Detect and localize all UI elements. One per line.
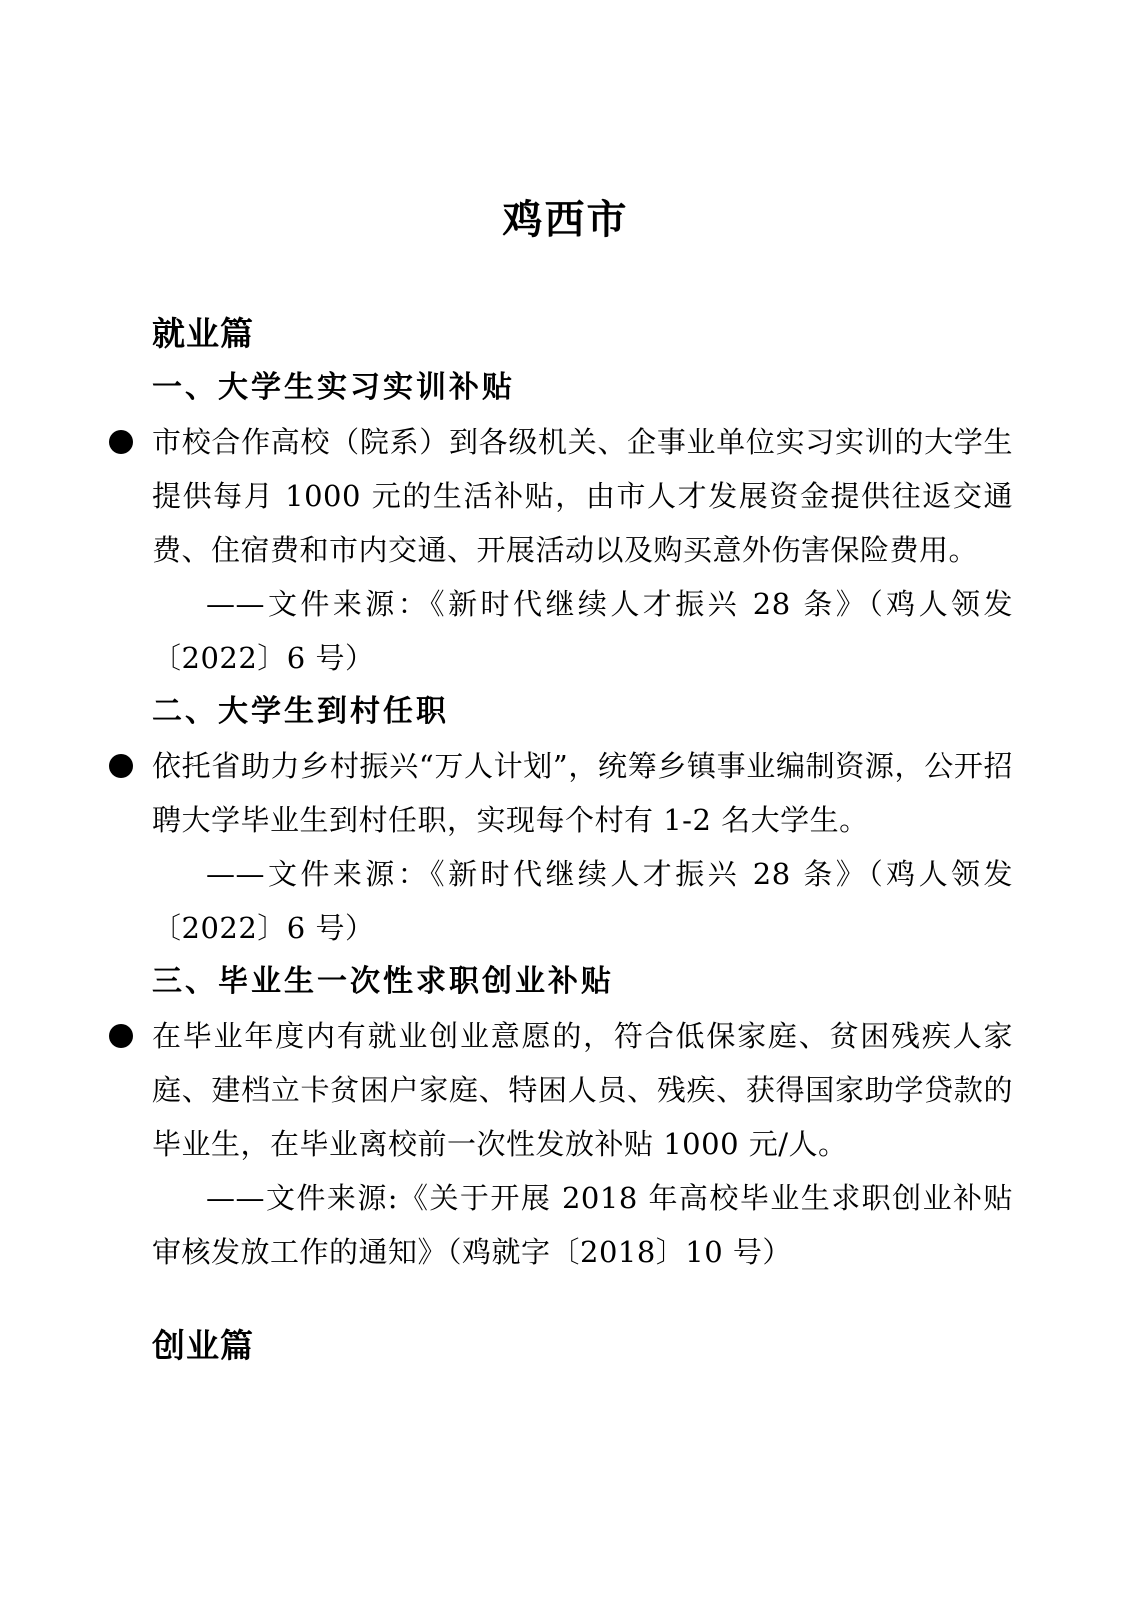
bullet-icon xyxy=(109,754,133,778)
section-heading-employment: 就业篇 xyxy=(152,307,1013,361)
item-1-heading: 一、大学生实习实训补贴 xyxy=(152,361,1013,415)
item-2-body: 依托省助力乡村振兴“万人计划”，统筹乡镇事业编制资源，公开招聘大学毕业生到村任职… xyxy=(152,739,1013,847)
item-3-bullet-paragraph: 在毕业年度内有就业创业意愿的，符合低保家庭、贫困残疾人家庭、建档立卡贫困户家庭、… xyxy=(152,1009,1013,1171)
page-title: 鸡西市 xyxy=(0,193,1131,247)
item-2-bullet-paragraph: 依托省助力乡村振兴“万人计划”，统筹乡镇事业编制资源，公开招聘大学毕业生到村任职… xyxy=(152,739,1013,847)
item-1-source: ——文件来源：《新时代继续人才振兴 28 条》（鸡人领发〔2022〕6 号） xyxy=(152,577,1013,685)
item-1-bullet-paragraph: 市校合作高校（院系）到各级机关、企事业单位实习实训的大学生提供每月 1000 元… xyxy=(152,415,1013,577)
item-2-source: ——文件来源：《新时代继续人才振兴 28 条》（鸡人领发〔2022〕6 号） xyxy=(152,847,1013,955)
item-2-heading: 二、大学生到村任职 xyxy=(152,685,1013,739)
document-content: 就业篇 一、大学生实习实训补贴 市校合作高校（院系）到各级机关、企事业单位实习实… xyxy=(152,307,1013,1373)
item-3-body: 在毕业年度内有就业创业意愿的，符合低保家庭、贫困残疾人家庭、建档立卡贫困户家庭、… xyxy=(152,1009,1013,1171)
bullet-icon xyxy=(109,1024,133,1048)
document-page: 鸡西市 就业篇 一、大学生实习实训补贴 市校合作高校（院系）到各级机关、企事业单… xyxy=(0,0,1131,1600)
item-3-heading: 三、毕业生一次性求职创业补贴 xyxy=(152,955,1013,1009)
item-3-source: ——文件来源:《关于开展 2018 年高校毕业生求职创业补贴审核发放工作的通知》… xyxy=(152,1171,1013,1279)
item-1-body: 市校合作高校（院系）到各级机关、企事业单位实习实训的大学生提供每月 1000 元… xyxy=(152,415,1013,577)
bullet-icon xyxy=(109,430,133,454)
section-heading-entrepreneurship: 创业篇 xyxy=(152,1319,1013,1373)
